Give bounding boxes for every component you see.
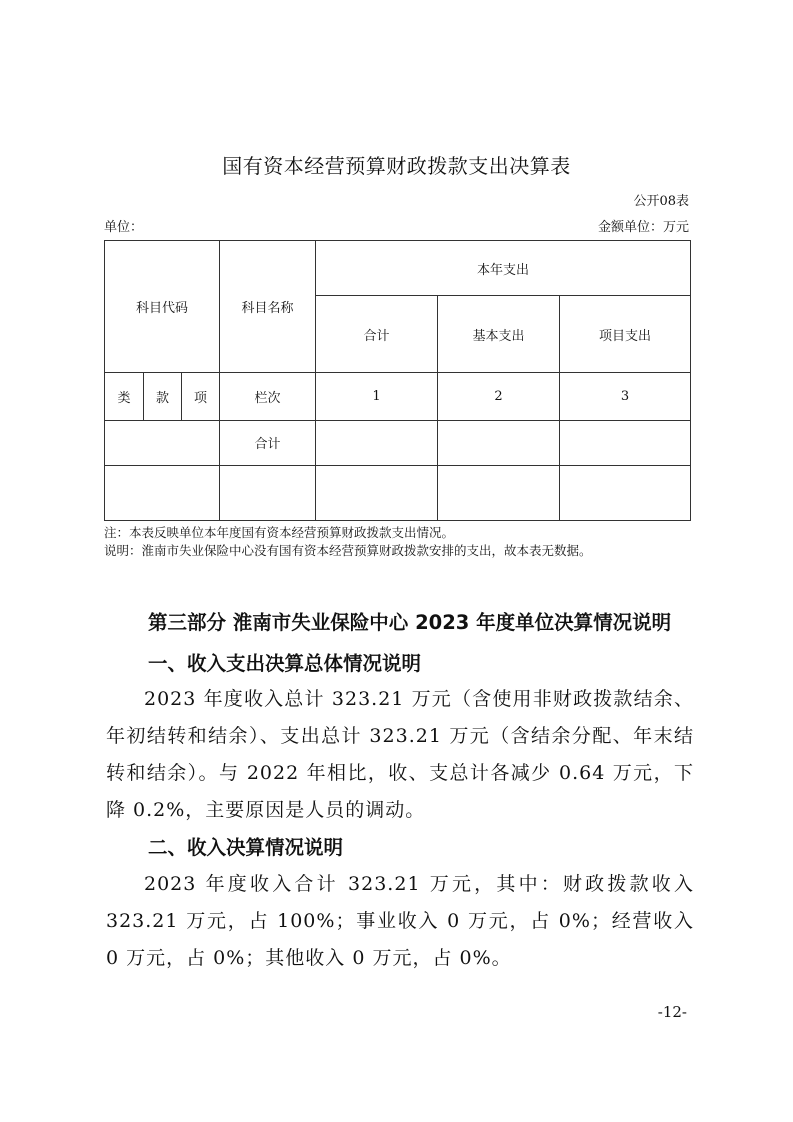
header-subject-name: 科目名称	[220, 241, 316, 373]
index-column-label: 栏次	[220, 373, 316, 421]
section-heading-2: 二、收入决算情况说明	[148, 832, 343, 860]
header-current-year-expense: 本年支出	[316, 241, 691, 296]
paragraph-1: 2023 年度收入总计 323.21 万元（含使用非财政拨款结余、年初结转和结余…	[106, 681, 694, 829]
row-name	[220, 466, 316, 521]
page-number: -12-	[658, 1003, 687, 1021]
total-row: 合计	[105, 421, 691, 466]
row-project	[560, 466, 691, 521]
index-col2: 2	[438, 373, 560, 421]
form-number: 公开08表	[633, 190, 689, 209]
index-lei: 类	[105, 373, 144, 421]
paragraph-1-container: 2023 年度收入总计 323.21 万元（含使用非财政拨款结余、年初结转和结余…	[106, 681, 694, 829]
total-row-code	[105, 421, 220, 466]
total-row-basic	[438, 421, 560, 466]
amount-unit: 金额单位：万元	[598, 216, 689, 235]
total-row-project	[560, 421, 691, 466]
row-code	[105, 466, 220, 521]
header-basic-expense: 基本支出	[438, 296, 560, 373]
header-project-expense: 项目支出	[560, 296, 691, 373]
index-xiang: 项	[182, 373, 220, 421]
section-heading-1: 一、收入支出决算总体情况说明	[148, 648, 421, 676]
index-row: 类 款 项 栏次 1 2 3	[105, 373, 691, 421]
header-subject-code: 科目代码	[105, 241, 220, 373]
unit-label: 单位：	[104, 216, 143, 235]
table-title: 国有资本经营预算财政拨款支出决算表	[0, 150, 793, 179]
row-basic	[438, 466, 560, 521]
explanation-text: 说明：淮南市失业保险中心没有国有资本经营预算财政拨款安排的支出，故本表无数据。	[104, 542, 592, 560]
part-heading: 第三部分 淮南市失业保险中心 2023 年度单位决算情况说明	[148, 607, 671, 635]
total-row-total	[316, 421, 438, 466]
expense-table: 科目代码 科目名称 本年支出 合计 基本支出 项目支出 类 款 项 栏次 1 2…	[104, 240, 691, 521]
paragraph-2-container: 2023 年度收入合计 323.21 万元，其中：财政拨款收入 323.21 万…	[106, 866, 694, 977]
table-notes: 注：本表反映单位本年度国有资本经营预算财政拨款支出情况。 说明：淮南市失业保险中…	[104, 524, 592, 560]
header-row-1: 科目代码 科目名称 本年支出	[105, 241, 691, 296]
total-row-name: 合计	[220, 421, 316, 466]
index-col1: 1	[316, 373, 438, 421]
index-col3: 3	[560, 373, 691, 421]
note-text: 注：本表反映单位本年度国有资本经营预算财政拨款支出情况。	[104, 524, 592, 542]
table-row	[105, 466, 691, 521]
row-total	[316, 466, 438, 521]
index-kuan: 款	[144, 373, 182, 421]
header-total: 合计	[316, 296, 438, 373]
paragraph-2: 2023 年度收入合计 323.21 万元，其中：财政拨款收入 323.21 万…	[106, 866, 694, 977]
